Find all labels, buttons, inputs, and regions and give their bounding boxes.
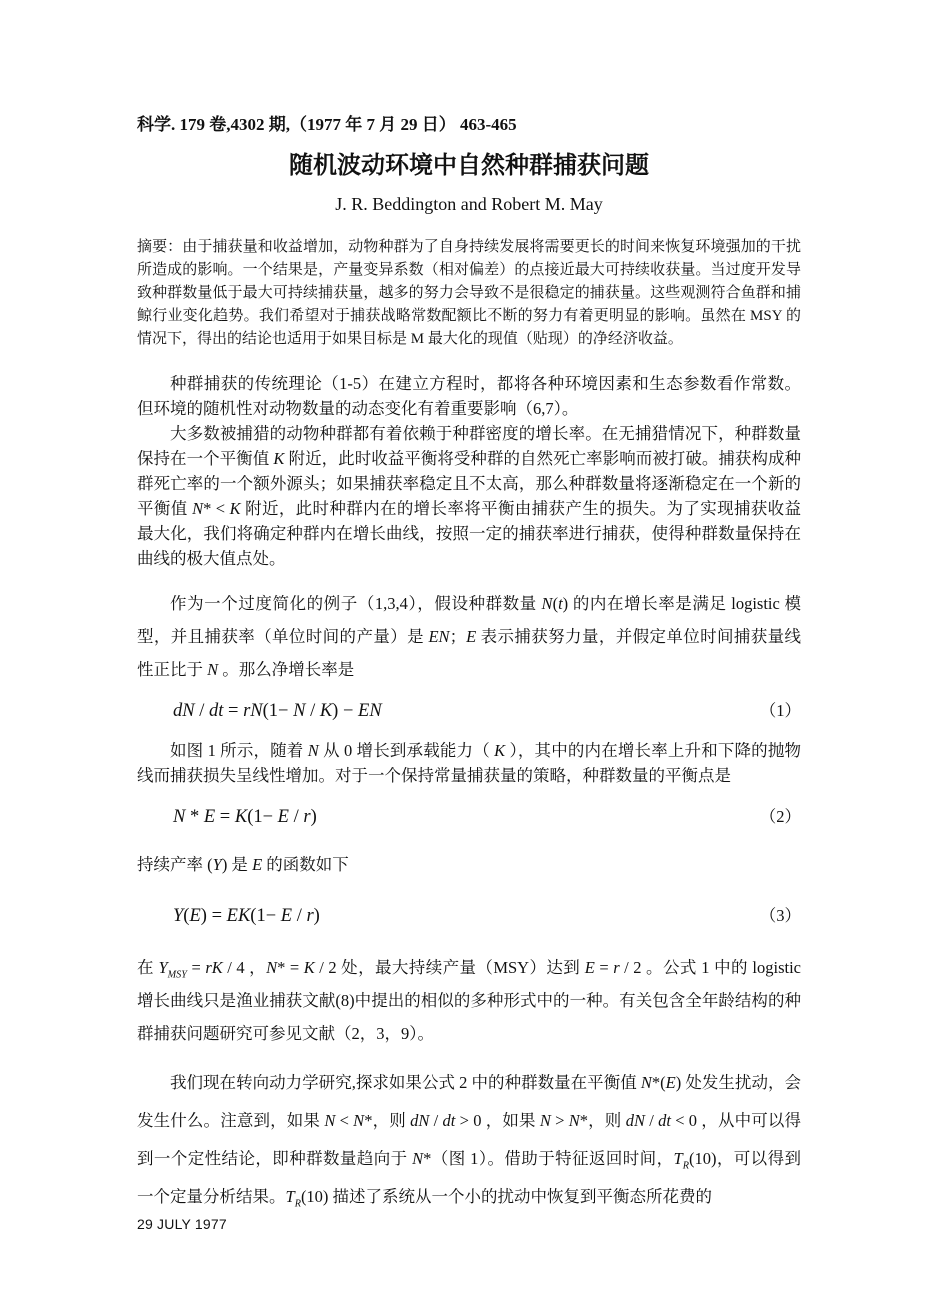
math-variable: E bbox=[204, 807, 215, 827]
body-paragraph: 作为一个过度简化的例子（1,3,4），假设种群数量 N(t) 的内在增长率是满足… bbox=[137, 587, 801, 686]
math-variable: E bbox=[281, 906, 292, 926]
math-variable: dt bbox=[209, 701, 223, 721]
math-variable: rK bbox=[205, 958, 222, 977]
equation-body: Y(E) = EK(1− E / r) bbox=[173, 903, 320, 929]
math-variable: Y bbox=[213, 855, 222, 874]
authors-line: J. R. Beddington and Robert M. May bbox=[137, 193, 801, 215]
math-variable: N bbox=[324, 1111, 335, 1130]
math-variable: dN bbox=[410, 1111, 429, 1130]
math-variable: E bbox=[585, 958, 595, 977]
equation-row: Y(E) = EK(1− E / r)（3） bbox=[137, 903, 801, 929]
body-paragraph: 我们现在转向动力学研究,探求如果公式 2 中的种群数量在平衡值 N*(E) 处发… bbox=[137, 1064, 801, 1216]
page-column: 科学. 179 卷,4302 期,（1977 年 7 月 29 日） 463-4… bbox=[137, 0, 801, 1216]
math-variable: N bbox=[173, 807, 185, 827]
page-footer-date: 29 JULY 1977 bbox=[137, 1216, 227, 1232]
math-subscript: R bbox=[295, 1198, 301, 1209]
body-paragraph: 种群捕获的传统理论（1-5）在建立方程时，都将各种环境因素和生态参数看作常数。但… bbox=[137, 371, 801, 421]
math-variable: N bbox=[293, 701, 305, 721]
math-variable: E bbox=[189, 906, 200, 926]
math-variable: E bbox=[252, 855, 262, 874]
math-variable: EK bbox=[227, 906, 251, 926]
equation-row: dN / dt = rN(1− N / K) − EN（1） bbox=[137, 698, 801, 724]
math-variable: Y bbox=[173, 906, 183, 926]
equation-number: （2） bbox=[760, 804, 801, 830]
paper-title: 随机波动环境中自然种群捕获问题 bbox=[137, 150, 801, 182]
math-variable: rN bbox=[243, 701, 263, 721]
math-variable: N bbox=[540, 1111, 551, 1130]
equation-body: dN / dt = rN(1− N / K) − EN bbox=[173, 698, 382, 724]
math-variable: EN bbox=[428, 627, 449, 646]
math-variable: K bbox=[230, 499, 241, 518]
math-variable: dN bbox=[626, 1111, 645, 1130]
math-variable: dt bbox=[443, 1111, 456, 1130]
math-variable: K bbox=[494, 741, 505, 760]
equation-body: N * E = K(1− E / r) bbox=[173, 804, 317, 830]
body-paragraph: 在 YMSY = rK / 4 ，N* = K / 2 处，最大持续产量（MSY… bbox=[137, 951, 801, 1050]
math-variable: N bbox=[308, 741, 319, 760]
body-paragraph: 如图 1 所示，随着 N 从 0 增长到承载能力（ K ），其中的内在增长率上升… bbox=[137, 738, 801, 788]
equation-number: （3） bbox=[760, 903, 801, 929]
abstract-paragraph: 摘要：由于捕获量和收益增加，动物种群为了自身持续发展将需要更长的时间来恢复环境强… bbox=[137, 236, 801, 351]
math-variable: dN bbox=[173, 701, 195, 721]
math-variable: K bbox=[235, 807, 247, 827]
math-variable: T bbox=[286, 1187, 295, 1206]
math-variable: N bbox=[266, 958, 277, 977]
journal-citation-line: 科学. 179 卷,4302 期,（1977 年 7 月 29 日） 463-4… bbox=[137, 115, 801, 135]
math-variable: N bbox=[569, 1111, 580, 1130]
math-variable: r bbox=[306, 906, 313, 926]
equation-row: N * E = K(1− E / r)（2） bbox=[137, 804, 801, 830]
math-variable: E bbox=[666, 1073, 676, 1092]
math-subscript: MSY bbox=[168, 969, 187, 980]
math-variable: K bbox=[273, 449, 284, 468]
math-variable: r bbox=[613, 958, 619, 977]
math-variable: EN bbox=[358, 701, 382, 721]
math-variable: E bbox=[466, 627, 476, 646]
math-variable: N bbox=[353, 1111, 364, 1130]
body-paragraph: 大多数被捕猎的动物种群都有着依赖于种群密度的增长率。在无捕猎情况下，种群数量保持… bbox=[137, 421, 801, 571]
math-variable: t bbox=[558, 594, 563, 613]
math-variable: dt bbox=[658, 1111, 671, 1130]
body-paragraph: 持续产率 (Y) 是 E 的函数如下 bbox=[137, 852, 801, 877]
math-subscript: R bbox=[683, 1160, 689, 1171]
math-variable: T bbox=[674, 1149, 683, 1168]
document-page: { "page": { "header": "科学. 179 卷,4302 期,… bbox=[0, 0, 926, 1309]
math-variable: N bbox=[207, 660, 218, 679]
math-variable: K bbox=[320, 701, 332, 721]
equation-number: （1） bbox=[760, 698, 801, 724]
document-body: 种群捕获的传统理论（1-5）在建立方程时，都将各种环境因素和生态参数看作常数。但… bbox=[137, 371, 801, 1216]
math-variable: r bbox=[303, 807, 310, 827]
math-variable: N bbox=[542, 594, 553, 613]
math-variable: Y bbox=[158, 958, 167, 977]
math-variable: N bbox=[641, 1073, 652, 1092]
math-variable: E bbox=[278, 807, 289, 827]
math-variable: N bbox=[192, 499, 203, 518]
math-variable: K bbox=[304, 958, 315, 977]
math-variable: N bbox=[412, 1149, 423, 1168]
